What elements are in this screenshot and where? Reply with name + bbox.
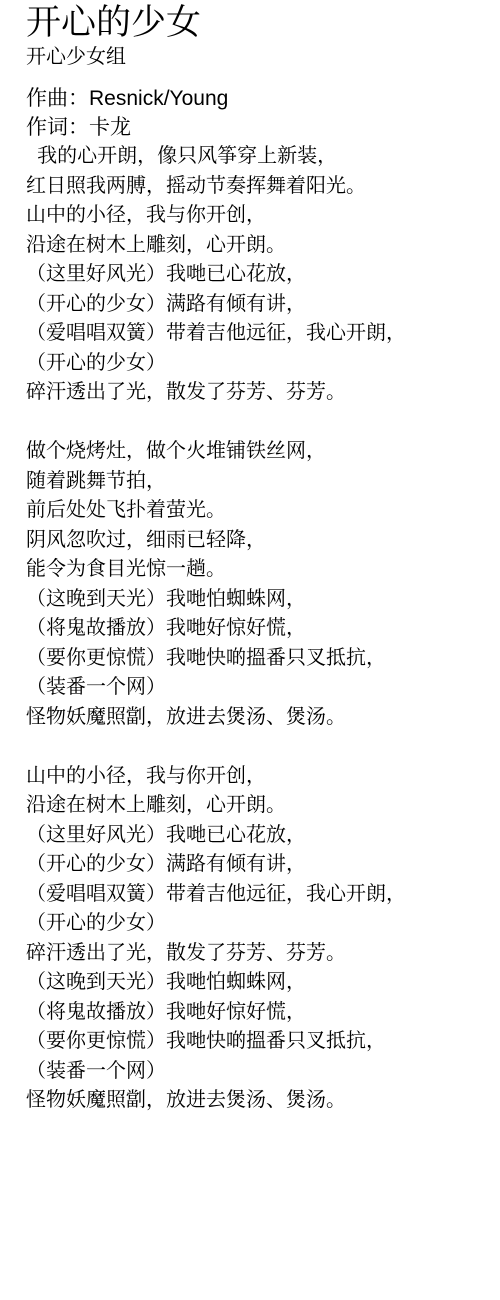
lyric-line: （装番一个网） [26,673,492,703]
lyric-line: 我的心开朗，像只风筝穿上新装， [26,142,492,172]
lyric-line: （开心的少女）满路有倾有讲， [26,290,492,320]
lyric-line: 沿途在树木上雕刻，心开朗。 [26,231,492,261]
lyric-line: （要你更惊慌）我哋快啲搵番只叉抵抗， [26,1027,492,1057]
lyric-line: （装番一个网） [26,1057,492,1087]
lyric-line: 沿途在树木上雕刻，心开朗。 [26,791,492,821]
lyrics-section-3: 山中的小径，我与你开创，沿途在树木上雕刻，心开朗。（这里好风光）我哋已心花放，（… [26,762,492,1116]
lyric-line: 随着跳舞节拍， [26,467,492,497]
lyric-line: 碎汗透出了光，散发了芬芳、芬芳。 [26,939,492,969]
lyric-line: （将鬼故播放）我哋好惊好慌， [26,998,492,1028]
lyrics-section-1: 我的心开朗，像只风筝穿上新装，红日照我两膊，摇动节奏挥舞着阳光。山中的小径，我与… [26,142,492,408]
lyrics-body: 我的心开朗，像只风筝穿上新装，红日照我两膊，摇动节奏挥舞着阳光。山中的小径，我与… [26,142,492,1116]
lyric-line: （这晚到天光）我哋怕蜘蛛网， [26,968,492,998]
lyric-line: （要你更惊慌）我哋快啲搵番只叉抵抗， [26,644,492,674]
lyricist-credit: 作词：卡龙 [26,113,492,142]
lyric-line: 碎汗透出了光，散发了芬芳、芬芳。 [26,378,492,408]
song-title: 开心的少女 [26,2,492,44]
lyrics-page: 开心的少女 开心少女组 作曲：Resnick/Young 作词：卡龙 我的心开朗… [0,0,500,1116]
credits-block: 作曲：Resnick/Young 作词：卡龙 [26,84,492,142]
lyric-line: （这里好风光）我哋已心花放， [26,260,492,290]
lyric-line: （开心的少女） [26,909,492,939]
lyric-line: 红日照我两膊，摇动节奏挥舞着阳光。 [26,172,492,202]
lyric-line: 山中的小径，我与你开创， [26,762,492,792]
composer-credit: 作曲：Resnick/Young [26,84,492,113]
artist-name: 开心少女组 [26,44,492,70]
lyric-line: 怪物妖魔照劏，放进去煲汤、煲汤。 [26,703,492,733]
lyric-line: （将鬼故播放）我哋好惊好慌， [26,614,492,644]
lyric-line: 做个烧烤灶，做个火堆铺铁丝网， [26,437,492,467]
lyric-line: （爱唱唱双簧）带着吉他远征，我心开朗， [26,319,492,349]
lyric-line: （开心的少女）满路有倾有讲， [26,850,492,880]
lyric-line: 阴风忽吹过，细雨已轻降， [26,526,492,556]
lyric-line: （这晚到天光）我哋怕蜘蛛网， [26,585,492,615]
lyrics-section-2: 做个烧烤灶，做个火堆铺铁丝网，随着跳舞节拍，前后处处飞扑着萤光。阴风忽吹过，细雨… [26,437,492,732]
lyric-line: （开心的少女） [26,349,492,379]
lyric-line: 山中的小径，我与你开创， [26,201,492,231]
lyric-line: 前后处处飞扑着萤光。 [26,496,492,526]
lyric-line: （这里好风光）我哋已心花放， [26,821,492,851]
lyric-line: 怪物妖魔照劏，放进去煲汤、煲汤。 [26,1086,492,1116]
lyric-line: （爱唱唱双簧）带着吉他远征，我心开朗， [26,880,492,910]
lyric-line: 能令为食目光惊一趟。 [26,555,492,585]
